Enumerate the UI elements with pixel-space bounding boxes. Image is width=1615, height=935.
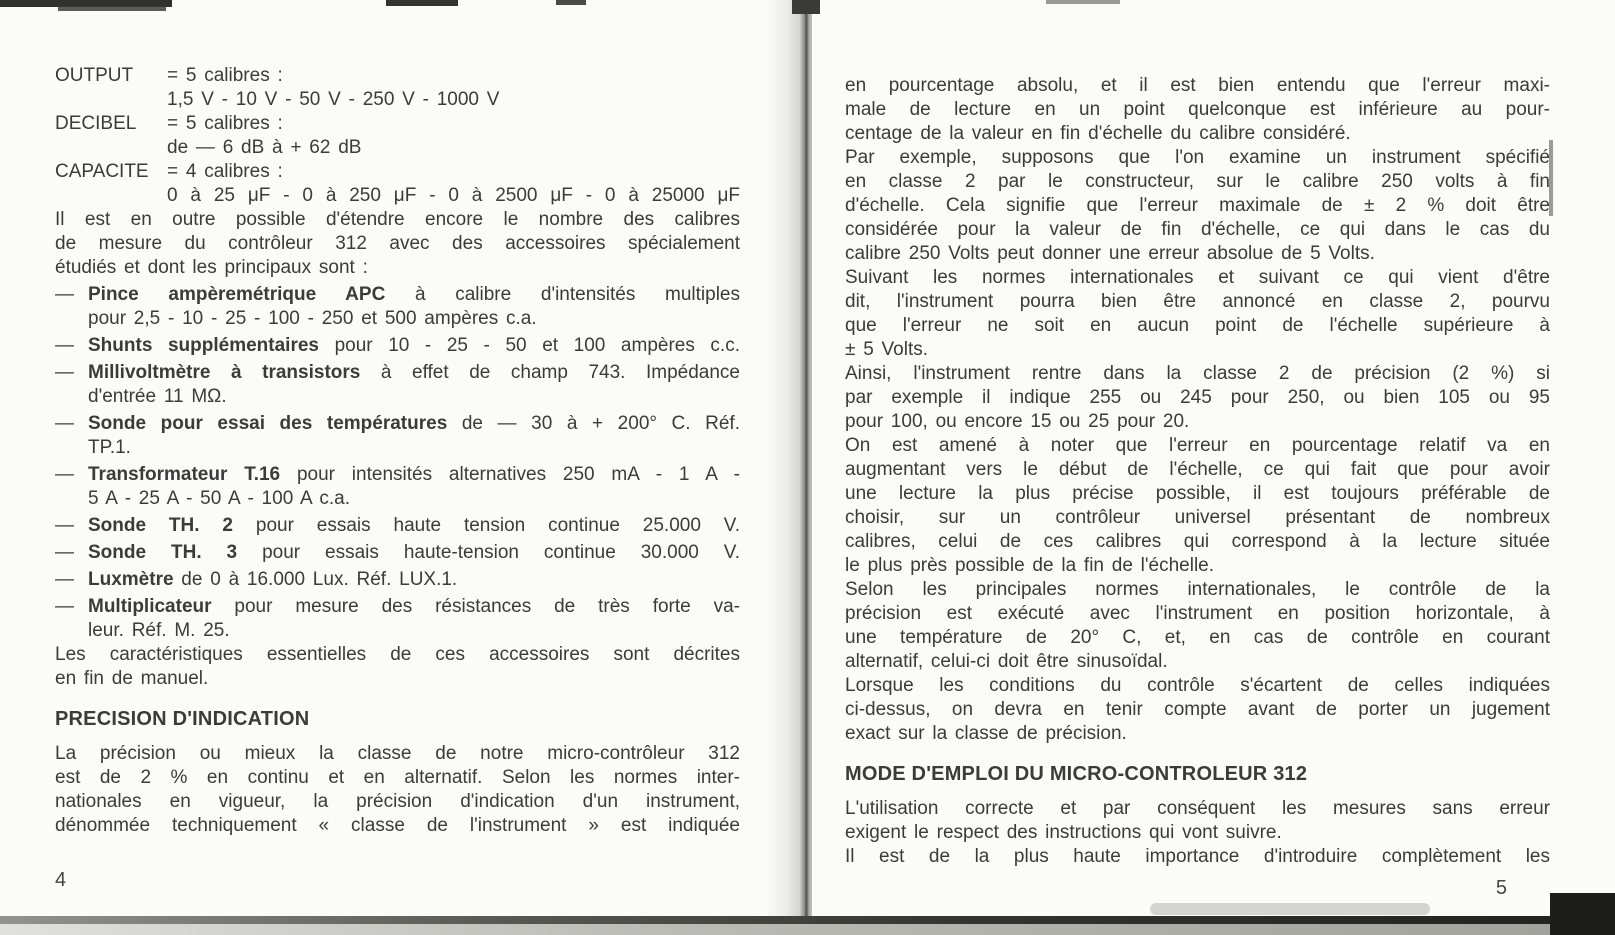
paragraph: On est amené à noter que l'erreur en pou… — [845, 434, 1550, 578]
text-line: une lecture la plus précise possible, il… — [845, 482, 1550, 506]
scan-edge-bottom — [0, 916, 1615, 924]
text-line: que l'erreur ne soit en aucun point de l… — [845, 314, 1550, 338]
text-segment: pour 2,5 - 10 - 25 - 100 - 250 et 500 am… — [88, 308, 537, 329]
text-line: ci-dessus, on devra en tenir compte avan… — [845, 698, 1550, 722]
text-segment: Lorsque les conditions du contrôle s'éca… — [845, 675, 1550, 696]
text-line: par exemple il indique 255 ou 245 pour 2… — [845, 386, 1550, 410]
text-line: étudiés et dont les principaux sont : — [55, 256, 740, 280]
text-line: Sonde TH. 2 pour essais haute tension co… — [88, 514, 740, 538]
text-line: Millivoltmètre à transistors à effet de … — [88, 361, 740, 385]
accessory-item: —Pince ampèremétrique APC à calibre d'in… — [55, 283, 740, 331]
accessory-item: —Luxmètre de 0 à 16.000 Lux. Réf. LUX.1. — [55, 568, 740, 592]
text-segment: considérée pour la valeur de fin d'échel… — [845, 219, 1550, 240]
text-segment: étudiés et dont les principaux sont : — [55, 257, 368, 278]
text-line: 1,5 V - 10 V - 50 V - 250 V - 1000 V — [55, 88, 740, 112]
text-line: en classe 2 par le constructeur, sur le … — [845, 170, 1550, 194]
text-line: le plus près possible de la fin de l'éch… — [845, 554, 1550, 578]
text-line: calibres, celui de ces calibres qui corr… — [845, 530, 1550, 554]
accessory-name: Sonde TH. 3 — [88, 542, 237, 563]
text-segment: de — 6 dB à + 62 dB — [167, 137, 361, 158]
text-line: une température de 20° C, et, en cas de … — [845, 626, 1550, 650]
text-segment: calibre 250 Volts peut donner une erreur… — [845, 243, 1375, 264]
text-line: Multiplicateur pour mesure des résistanc… — [88, 595, 740, 619]
bullet-dash: — — [55, 334, 74, 358]
text-segment: ± 5 Volts. — [845, 339, 928, 360]
spec-output: OUTPUT= 5 calibres :1,5 V - 10 V - 50 V … — [55, 64, 740, 112]
text-line: 5 A - 25 A - 50 A - 100 A c.a. — [88, 487, 740, 511]
bullet-dash: — — [55, 283, 74, 307]
text-segment: d'entrée 11 MΩ. — [88, 386, 227, 407]
text-line: Transformateur T.16 pour intensités alte… — [88, 463, 740, 487]
text-segment: Ainsi, l'instrument rentre dans la class… — [845, 363, 1550, 384]
text-segment: en pourcentage absolu, et il est bien en… — [845, 75, 1550, 96]
accessory-name: Luxmètre — [88, 569, 174, 590]
paragraph: Lorsque les conditions du contrôle s'éca… — [845, 674, 1550, 746]
text-segment: en fin de manuel. — [55, 668, 208, 689]
paragraph: La précision ou mieux la classe de notre… — [55, 742, 740, 838]
text-line: de — 6 dB à + 62 dB — [55, 136, 740, 160]
text-line: TP.1. — [88, 436, 740, 460]
scan-edge-top — [386, 0, 458, 6]
text-segment: à calibre d'intensités multiples — [385, 284, 740, 305]
text-segment: à effet de champ 743. Impédance — [360, 362, 740, 383]
text-segment: que l'erreur ne soit en aucun point de l… — [845, 315, 1550, 336]
text-line: centage de la valeur en fin d'échelle du… — [845, 122, 1550, 146]
text-segment: pour 100, ou encore 15 ou 25 pour 20. — [845, 411, 1189, 432]
text-segment: centage de la valeur en fin d'échelle du… — [845, 123, 1351, 144]
text-line: est de 2 % en continu et en alternatif. … — [55, 766, 740, 790]
text-segment: une température de 20° C, et, en cas de … — [845, 627, 1550, 648]
text-line: en fin de manuel. — [55, 667, 740, 691]
text-segment: Il est en outre possible d'étendre encor… — [55, 209, 740, 230]
text-segment: male de lecture en un point quelconque e… — [845, 99, 1550, 120]
text-line: Ainsi, l'instrument rentre dans la class… — [845, 362, 1550, 386]
text-segment: nationales en vigueur, la précision d'in… — [55, 791, 740, 812]
scan-edge-top — [58, 6, 166, 11]
accessory-item: —Millivoltmètre à transistors à effet de… — [55, 361, 740, 409]
text-line: choisir, sur un contrôleur universel pré… — [845, 506, 1550, 530]
accessory-name: Pince ampèremétrique APC — [88, 284, 385, 305]
text-segment: exigent le respect des instructions qui … — [845, 822, 1282, 843]
text-line: de mesure du contrôleur 312 avec des acc… — [55, 232, 740, 256]
text-segment: dit, l'instrument pourra bien être annon… — [845, 291, 1550, 312]
section-heading: PRECISION D'INDICATION — [55, 707, 740, 731]
text-segment: Selon les principales normes internation… — [845, 579, 1550, 600]
paragraph: Ainsi, l'instrument rentre dans la class… — [845, 362, 1550, 434]
text-segment: calibres, celui de ces calibres qui corr… — [845, 531, 1550, 552]
spec-label: CAPACITE — [55, 160, 167, 184]
text-line: calibre 250 Volts peut donner une erreur… — [845, 242, 1550, 266]
text-line: Il est de la plus haute importance d'int… — [845, 845, 1550, 869]
text-line: male de lecture en un point quelconque e… — [845, 98, 1550, 122]
page-5-content: en pourcentage absolu, et il est bien en… — [845, 74, 1550, 869]
section-heading: MODE D'EMPLOI DU MICRO-CONTROLEUR 312 — [845, 762, 1550, 786]
accessory-item: —Sonde pour essai des températures de — … — [55, 412, 740, 460]
scan-edge-bottom-shadow — [0, 924, 1615, 935]
text-segment: 0 à 25 μF - 0 à 250 μF - 0 à 2500 μF - 0… — [167, 185, 740, 206]
text-segment: leur. Réf. M. 25. — [88, 620, 230, 641]
accessory-name: Multiplicateur — [88, 596, 212, 617]
page-number-left: 4 — [55, 868, 66, 892]
text-segment: une lecture la plus précise possible, il… — [845, 483, 1550, 504]
scan-right-edge-mark — [1549, 140, 1553, 216]
text-line: pour 2,5 - 10 - 25 - 100 - 250 et 500 am… — [88, 307, 740, 331]
text-line: précision est exécuté avec l'instrument … — [845, 602, 1550, 626]
text-segment: exact sur la classe de précision. — [845, 723, 1127, 744]
text-line: alternatif, celui-ci doit être sinusoïda… — [845, 650, 1550, 674]
paragraph: Suivant les normes internationales et su… — [845, 266, 1550, 362]
page-5: en pourcentage absolu, et il est bien en… — [812, 0, 1615, 922]
text-segment: Il est de la plus haute importance d'int… — [845, 846, 1550, 867]
text-segment: le plus près possible de la fin de l'éch… — [845, 555, 1214, 576]
paragraph: Selon les principales normes internation… — [845, 578, 1550, 674]
text-line: L'utilisation correcte et par conséquent… — [845, 797, 1550, 821]
spec-calibres: = 4 calibres : — [167, 161, 283, 182]
paragraph: en pourcentage absolu, et il est bien en… — [845, 74, 1550, 146]
text-segment: pour essais haute tension continue 25.00… — [233, 515, 740, 536]
text-line: Lorsque les conditions du contrôle s'éca… — [845, 674, 1550, 698]
paragraph: Il est en outre possible d'étendre encor… — [55, 208, 740, 280]
text-line: 0 à 25 μF - 0 à 250 μF - 0 à 2500 μF - 0… — [55, 184, 740, 208]
text-segment: pour intensités alternatives 250 mA - 1 … — [280, 464, 740, 485]
paragraph: Les caractéristiques essentielles de ces… — [55, 643, 740, 691]
scan-corner-dark — [1550, 893, 1615, 935]
scan-edge-top — [556, 0, 586, 5]
text-segment: Suivant les normes internationales et su… — [845, 267, 1550, 288]
text-line: augmentant vers le début de l'échelle, c… — [845, 458, 1550, 482]
scan-bottom-smudge — [1150, 903, 1430, 915]
text-line: Sonde TH. 3 pour essais haute-tension co… — [88, 541, 740, 565]
text-segment: Par exemple, supposons que l'on examine … — [845, 147, 1550, 168]
text-segment: d'échelle. Cela signifie que l'erreur ma… — [845, 195, 1550, 216]
text-segment: pour mesure des résistances de très fort… — [212, 596, 740, 617]
bullet-dash: — — [55, 541, 74, 565]
accessory-item: —Sonde TH. 2 pour essais haute tension c… — [55, 514, 740, 538]
spec-head: DECIBEL= 5 calibres : — [55, 112, 740, 136]
text-line: Suivant les normes internationales et su… — [845, 266, 1550, 290]
text-line: ± 5 Volts. — [845, 338, 1550, 362]
text-line: Shunts supplémentaires pour 10 - 25 - 50… — [88, 334, 740, 358]
text-segment: L'utilisation correcte et par conséquent… — [845, 798, 1550, 819]
text-segment: Les caractéristiques essentielles de ces… — [55, 644, 740, 665]
spec-decibel: DECIBEL= 5 calibres :de — 6 dB à + 62 dB — [55, 112, 740, 160]
text-segment: ci-dessus, on devra en tenir compte avan… — [845, 699, 1550, 720]
text-line: Il est en outre possible d'étendre encor… — [55, 208, 740, 232]
scan-edge-top-gutter — [792, 0, 820, 14]
text-segment: en classe 2 par le constructeur, sur le … — [845, 171, 1550, 192]
spec-label: DECIBEL — [55, 112, 167, 136]
bullet-dash: — — [55, 514, 74, 538]
spec-capacite: CAPACITE= 4 calibres :0 à 25 μF - 0 à 25… — [55, 160, 740, 208]
text-segment: de — 30 à + 200° C. Réf. — [447, 413, 740, 434]
accessory-name: Shunts supplémentaires — [88, 335, 319, 356]
text-segment: pour 10 - 25 - 50 et 100 ampères c.c. — [319, 335, 740, 356]
accessory-item: —Sonde TH. 3 pour essais haute-tension c… — [55, 541, 740, 565]
text-segment: 5 A - 25 A - 50 A - 100 A c.a. — [88, 488, 350, 509]
spec-label: OUTPUT — [55, 64, 167, 88]
text-line: Par exemple, supposons que l'on examine … — [845, 146, 1550, 170]
text-line: dit, l'instrument pourra bien être annon… — [845, 290, 1550, 314]
text-line: nationales en vigueur, la précision d'in… — [55, 790, 740, 814]
text-segment: TP.1. — [88, 437, 131, 458]
text-line: leur. Réf. M. 25. — [88, 619, 740, 643]
accessory-item: —Shunts supplémentaires pour 10 - 25 - 5… — [55, 334, 740, 358]
bullet-dash: — — [55, 412, 74, 436]
text-line: dénommée techniquement « classe de l'ins… — [55, 814, 740, 838]
text-segment: choisir, sur un contrôleur universel pré… — [845, 507, 1550, 528]
spec-head: CAPACITE= 4 calibres : — [55, 160, 740, 184]
spec-head: OUTPUT= 5 calibres : — [55, 64, 740, 88]
accessory-name: Millivoltmètre à transistors — [88, 362, 360, 383]
text-line: Selon les principales normes internation… — [845, 578, 1550, 602]
paragraph: L'utilisation correcte et par conséquent… — [845, 797, 1550, 869]
text-line: d'entrée 11 MΩ. — [88, 385, 740, 409]
text-line: Sonde pour essai des températures de — 3… — [88, 412, 740, 436]
text-line: considérée pour la valeur de fin d'échel… — [845, 218, 1550, 242]
accessory-item: —Multiplicateur pour mesure des résistan… — [55, 595, 740, 643]
bullet-dash: — — [55, 361, 74, 385]
text-segment: est de 2 % en continu et en alternatif. … — [55, 767, 740, 788]
text-line: On est amené à noter que l'erreur en pou… — [845, 434, 1550, 458]
text-line: pour 100, ou encore 15 ou 25 pour 20. — [845, 410, 1550, 434]
accessory-name: Transformateur T.16 — [88, 464, 280, 485]
bullet-dash: — — [55, 568, 74, 592]
page-4: OUTPUT= 5 calibres :1,5 V - 10 V - 50 V … — [0, 0, 770, 922]
text-line: en pourcentage absolu, et il est bien en… — [845, 74, 1550, 98]
spec-calibres: = 5 calibres : — [167, 113, 283, 134]
text-segment: de 0 à 16.000 Lux. Réf. LUX.1. — [174, 569, 458, 590]
spec-calibres: = 5 calibres : — [167, 65, 283, 86]
text-segment: augmentant vers le début de l'échelle, c… — [845, 459, 1550, 480]
bullet-dash: — — [55, 463, 74, 487]
paragraph: Par exemple, supposons que l'on examine … — [845, 146, 1550, 266]
page-number-right: 5 — [1496, 876, 1507, 900]
text-line: Pince ampèremétrique APC à calibre d'int… — [88, 283, 740, 307]
accessory-name: Sonde TH. 2 — [88, 515, 233, 536]
text-segment: On est amené à noter que l'erreur en pou… — [845, 435, 1550, 456]
bullet-dash: — — [55, 595, 74, 619]
text-segment: pour essais haute-tension continue 30.00… — [237, 542, 740, 563]
accessory-item: —Transformateur T.16 pour intensités alt… — [55, 463, 740, 511]
scan-edge-top — [1046, 0, 1120, 4]
text-segment: 1,5 V - 10 V - 50 V - 250 V - 1000 V — [167, 89, 499, 110]
text-line: La précision ou mieux la classe de notre… — [55, 742, 740, 766]
text-line: exact sur la classe de précision. — [845, 722, 1550, 746]
text-line: exigent le respect des instructions qui … — [845, 821, 1550, 845]
text-segment: La précision ou mieux la classe de notre… — [55, 743, 740, 764]
text-line: Luxmètre de 0 à 16.000 Lux. Réf. LUX.1. — [88, 568, 740, 592]
text-segment: alternatif, celui-ci doit être sinusoïda… — [845, 651, 1168, 672]
accessory-name: Sonde pour essai des températures — [88, 413, 447, 434]
text-segment: par exemple il indique 255 ou 245 pour 2… — [845, 387, 1550, 408]
text-line: d'échelle. Cela signifie que l'erreur ma… — [845, 194, 1550, 218]
page-4-content: OUTPUT= 5 calibres :1,5 V - 10 V - 50 V … — [55, 64, 740, 838]
text-segment: dénommée techniquement « classe de l'ins… — [55, 815, 740, 836]
text-segment: précision est exécuté avec l'instrument … — [845, 603, 1550, 624]
text-line: Les caractéristiques essentielles de ces… — [55, 643, 740, 667]
book-scan: OUTPUT= 5 calibres :1,5 V - 10 V - 50 V … — [0, 0, 1615, 935]
text-segment: de mesure du contrôleur 312 avec des acc… — [55, 233, 740, 254]
